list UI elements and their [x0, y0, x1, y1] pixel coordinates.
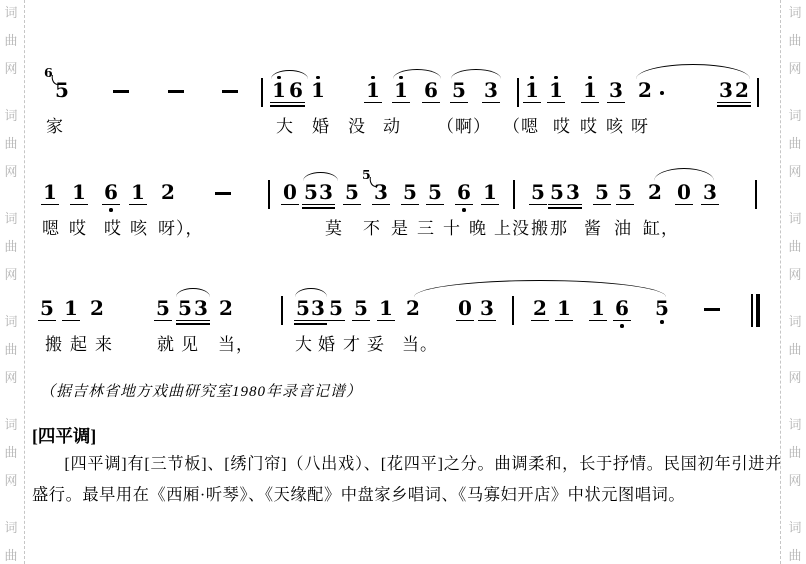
octave-dot-below	[660, 320, 664, 324]
note: 1	[41, 182, 59, 202]
note-digit: 2	[533, 296, 547, 320]
note-digit: 1	[483, 180, 497, 204]
duration-underline	[555, 320, 573, 322]
note: 1	[270, 80, 288, 100]
note-digit: 1	[557, 296, 571, 320]
duration-underline	[327, 320, 345, 322]
note-digit: 1	[64, 296, 78, 320]
duration-underline	[281, 204, 299, 206]
duration-underline	[287, 105, 305, 107]
lyric-syllable: 咳	[130, 219, 148, 238]
note: 0	[456, 298, 474, 318]
duration-underline	[426, 204, 444, 206]
note-digit: 3	[374, 180, 388, 204]
lyric-syllable: 不	[363, 219, 381, 238]
barline	[268, 180, 270, 209]
duration-underline	[422, 102, 440, 104]
duration-underline	[102, 204, 120, 206]
note-digit: 3	[719, 78, 733, 102]
octave-dot-below	[109, 208, 113, 212]
note: 3	[564, 182, 582, 202]
watermark-text: 曲	[788, 34, 802, 47]
duration-underline	[392, 102, 410, 104]
note-digit: 6	[104, 180, 118, 204]
note-digit: 3	[609, 78, 623, 102]
grace-note: 6	[44, 67, 53, 79]
duration-underline	[270, 105, 288, 107]
note: 3	[192, 298, 210, 318]
note-digit: 3	[484, 78, 498, 102]
duration-underline	[309, 320, 327, 322]
lyric-syllable: 没	[348, 117, 366, 136]
octave-dot-above	[399, 76, 403, 80]
duration-underline	[450, 102, 468, 104]
note-digit: 2	[648, 180, 662, 204]
note: 1	[481, 182, 499, 202]
note: 5	[401, 182, 419, 202]
note: 5	[343, 182, 361, 202]
watermark-text: 曲	[788, 549, 802, 562]
duration-underline	[529, 204, 547, 206]
barline	[261, 78, 263, 107]
duration-underline	[593, 204, 611, 206]
note-digit: 6	[615, 296, 629, 320]
note: 6	[287, 80, 305, 100]
dash-extension	[215, 192, 231, 195]
grace-note: 5	[362, 169, 371, 181]
barline	[755, 180, 757, 209]
note-digit: 1	[131, 180, 145, 204]
note-digit: 5	[550, 180, 564, 204]
duration-underline	[372, 204, 390, 206]
octave-dot-above	[371, 76, 375, 80]
note-digit: 3	[703, 180, 717, 204]
tune-description-paragraph: [四平调]有[三节板]、[绣门帘]（八出戏）、[花四平]之分。曲调柔和，长于抒情…	[32, 449, 782, 511]
duration-underline	[192, 320, 210, 322]
duration-underline	[192, 323, 210, 325]
note: 2	[733, 80, 751, 100]
lyric-syllable: 呀	[631, 117, 649, 136]
note: 2	[159, 182, 177, 202]
note-digit: 1	[583, 78, 597, 102]
note: 3	[372, 182, 390, 202]
note-digit: 3	[311, 296, 325, 320]
duration-underline	[564, 207, 582, 209]
barline	[757, 78, 759, 107]
note-digit: 5	[55, 78, 69, 102]
lyric-syllable: 才	[343, 335, 361, 354]
section-header: [四平调]	[32, 423, 96, 448]
note: 5	[616, 182, 634, 202]
dash-extension	[168, 90, 184, 93]
lyric-syllable: 来	[95, 335, 113, 354]
octave-dot-above	[554, 76, 558, 80]
barline	[513, 180, 515, 209]
note-digit: 5	[296, 296, 310, 320]
note: 5	[154, 298, 172, 318]
note: 5	[529, 182, 547, 202]
sheet-music-page: 词曲网词曲网词曲网词曲网词曲网词曲 词曲网词曲网词曲网词曲网词曲网词曲 6516…	[0, 0, 806, 564]
note-digit: 1	[549, 78, 563, 102]
duration-underline	[38, 320, 56, 322]
music-line: 51255325355120321165搬起来就见当，大婚才妥当。	[0, 282, 806, 382]
lyric-syllable: 起	[70, 335, 88, 354]
duration-underline	[481, 204, 499, 206]
note: 0	[675, 182, 693, 202]
dash-extension	[704, 308, 720, 311]
watermark-text: 词	[4, 418, 18, 431]
note-digit: 1	[43, 180, 57, 204]
source-note: （据吉林省地方戏曲研究室1980年录音记谱）	[40, 380, 362, 401]
note: 1	[129, 182, 147, 202]
note-digit: 3	[319, 180, 333, 204]
barline	[281, 296, 283, 325]
note-digit: 2	[161, 180, 175, 204]
note: 5	[352, 298, 370, 318]
note: 3	[607, 80, 625, 100]
note: 5	[653, 298, 671, 318]
note: 3	[309, 298, 327, 318]
note: 2	[217, 298, 235, 318]
lyric-syllable: （啊）	[437, 117, 491, 136]
note-digit: 6	[424, 78, 438, 102]
watermark-text: 曲	[4, 34, 18, 47]
lyric-syllable: 见	[181, 335, 199, 354]
duration-underline	[270, 102, 288, 104]
note-digit: 5	[403, 180, 417, 204]
lyric-syllable: 三	[417, 219, 435, 238]
note: 3	[478, 298, 496, 318]
note-digit: 5	[428, 180, 442, 204]
lyric-syllable: 家	[46, 117, 64, 136]
duration-underline	[41, 204, 59, 206]
note: 5	[38, 298, 56, 318]
lyric-syllable: 搬	[531, 219, 549, 238]
watermark-text: 网	[788, 268, 802, 281]
duration-underline	[352, 320, 370, 322]
watermark-text: 网	[4, 268, 18, 281]
lyric-syllable: 婚	[312, 117, 330, 136]
music-line: 65161116531113232家大婚没动（啊）（嗯哎哎咳呀	[0, 64, 806, 164]
note: 1	[523, 80, 541, 100]
lyric-syllable: 缸，	[643, 219, 679, 238]
duration-underline	[616, 204, 634, 206]
duration-underline	[317, 204, 335, 206]
duration-underline	[523, 102, 541, 104]
note-digit: 5	[452, 78, 466, 102]
note-digit: 2	[406, 296, 420, 320]
watermark-text: 曲	[4, 446, 18, 459]
duration-underline	[70, 204, 88, 206]
note-digit: 2	[735, 78, 749, 102]
duration-underline	[455, 204, 473, 206]
note-digit: 1	[591, 296, 605, 320]
note: 2	[531, 298, 549, 318]
note: 2	[88, 298, 106, 318]
note: 6	[455, 182, 473, 202]
duration-underline	[701, 204, 719, 206]
duration-underline	[309, 323, 327, 325]
duration-underline	[154, 320, 172, 322]
note: 3	[482, 80, 500, 100]
note-digit: 5	[40, 296, 54, 320]
note: 1	[62, 298, 80, 318]
duration-underline	[675, 204, 693, 206]
note-digit: 6	[289, 78, 303, 102]
dash-extension	[113, 90, 129, 93]
duration-underline	[287, 102, 305, 104]
lyric-syllable: 妥	[367, 335, 385, 354]
note: 1	[392, 80, 410, 100]
note-digit: 3	[566, 180, 580, 204]
note: 1	[309, 80, 327, 100]
watermark-dashed-line	[24, 0, 25, 564]
duration-underline	[401, 204, 419, 206]
lyric-syllable: 晚	[469, 219, 487, 238]
watermark-text: 曲	[788, 446, 802, 459]
lyric-syllable: 呀），	[158, 219, 204, 238]
note-digit: 1	[379, 296, 393, 320]
octave-dot-above	[316, 76, 320, 80]
note: 6	[422, 80, 440, 100]
octave-dot-above	[588, 76, 592, 80]
augmentation-dot	[660, 91, 664, 95]
octave-dot-above	[277, 76, 281, 80]
duration-underline	[478, 320, 496, 322]
watermark-text: 词	[788, 6, 802, 19]
duration-underline	[607, 102, 625, 104]
watermark-text: 网	[788, 474, 802, 487]
note-digit: 5	[618, 180, 632, 204]
note-digit: 5	[329, 296, 343, 320]
lyric-syllable: 动	[383, 117, 401, 136]
lyric-syllable: （嗯	[503, 117, 539, 136]
note-digit: 0	[283, 180, 297, 204]
note-digit: 5	[304, 180, 318, 204]
note: 6	[102, 182, 120, 202]
lyric-syllable: 婚	[318, 335, 336, 354]
octave-dot-below	[462, 208, 466, 212]
note: 1	[70, 182, 88, 202]
watermark-text: 词	[4, 6, 18, 19]
octave-dot-above	[530, 76, 534, 80]
lyric-syllable: 上	[494, 219, 512, 238]
note-digit: 5	[345, 180, 359, 204]
note: 3	[317, 182, 335, 202]
note: 1	[589, 298, 607, 318]
note: 1	[547, 80, 565, 100]
watermark-text: 词	[4, 521, 18, 534]
note-digit: 2	[90, 296, 104, 320]
note: 3	[701, 182, 719, 202]
lyric-syllable: 大	[276, 117, 294, 136]
lyric-syllable: 哎	[580, 117, 598, 136]
duration-underline	[589, 320, 607, 322]
note: 1	[377, 298, 395, 318]
watermark-dashed-line	[780, 0, 781, 564]
note-digit: 5	[655, 296, 669, 320]
note: 1	[555, 298, 573, 318]
duration-underline	[343, 204, 361, 206]
note-digit: 3	[480, 296, 494, 320]
note-digit: 1	[72, 180, 86, 204]
duration-underline	[456, 320, 474, 322]
lyric-syllable: 当。	[402, 335, 438, 354]
note: 2	[636, 80, 654, 100]
octave-dot-below	[620, 324, 624, 328]
note-digit: 1	[394, 78, 408, 102]
lyric-syllable: 莫	[325, 219, 343, 238]
note-digit: 2	[219, 296, 233, 320]
note: 5	[450, 80, 468, 100]
lyric-syllable: 油	[614, 219, 632, 238]
final-barline	[751, 294, 761, 327]
lyric-syllable: 哎	[104, 219, 122, 238]
note: 2	[646, 182, 664, 202]
lyric-syllable: 那	[550, 219, 568, 238]
note: 5	[53, 80, 71, 100]
lyric-syllable: 就	[157, 335, 175, 354]
lyric-syllable: 嗯	[42, 219, 60, 238]
slur	[636, 64, 750, 79]
note: 5	[593, 182, 611, 202]
duration-underline	[364, 102, 382, 104]
duration-underline	[581, 102, 599, 104]
note: 1	[581, 80, 599, 100]
lyric-syllable: 哎	[69, 219, 87, 238]
duration-underline	[547, 102, 565, 104]
duration-underline	[129, 204, 147, 206]
watermark-text: 词	[788, 521, 802, 534]
duration-underline	[62, 320, 80, 322]
note-digit: 5	[354, 296, 368, 320]
duration-underline	[531, 320, 549, 322]
note-digit: 5	[178, 296, 192, 320]
note: 2	[404, 298, 422, 318]
duration-underline	[482, 102, 500, 104]
note-digit: 1	[525, 78, 539, 102]
note-digit: 3	[194, 296, 208, 320]
duration-underline	[613, 320, 631, 322]
note-digit: 0	[677, 180, 691, 204]
duration-underline	[317, 207, 335, 209]
slur	[414, 280, 666, 297]
note: 1	[364, 80, 382, 100]
note-digit: 2	[638, 78, 652, 102]
note: 6	[613, 298, 631, 318]
lyric-syllable: 咳	[606, 117, 624, 136]
lyric-syllable: 没	[512, 219, 530, 238]
duration-underline	[377, 320, 395, 322]
watermark-text: 网	[4, 474, 18, 487]
note: 5	[426, 182, 444, 202]
music-line: 11612053553556155355203嗯哎哎咳呀），莫不是三十晚上没搬那…	[0, 166, 806, 266]
note-digit: 5	[531, 180, 545, 204]
watermark-text: 曲	[4, 549, 18, 562]
duration-underline	[733, 102, 751, 104]
note: 0	[281, 182, 299, 202]
duration-underline	[564, 204, 582, 206]
note-digit: 0	[458, 296, 472, 320]
note-digit: 1	[272, 78, 286, 102]
note-digit: 5	[595, 180, 609, 204]
note-digit: 1	[311, 78, 325, 102]
barline	[517, 78, 519, 107]
lyric-syllable: 十	[443, 219, 461, 238]
lyric-syllable: 酱	[584, 219, 602, 238]
note: 5	[327, 298, 345, 318]
duration-underline	[733, 105, 751, 107]
lyric-syllable: 哎	[553, 117, 571, 136]
note-digit: 1	[366, 78, 380, 102]
lyric-syllable: 是	[391, 219, 409, 238]
dash-extension	[222, 90, 238, 93]
lyric-syllable: 当，	[218, 335, 254, 354]
note-digit: 6	[457, 180, 471, 204]
note-digit: 5	[156, 296, 170, 320]
barline	[512, 296, 514, 325]
lyric-syllable: 搬	[45, 335, 63, 354]
watermark-text: 词	[788, 418, 802, 431]
lyric-syllable: 大	[295, 335, 313, 354]
